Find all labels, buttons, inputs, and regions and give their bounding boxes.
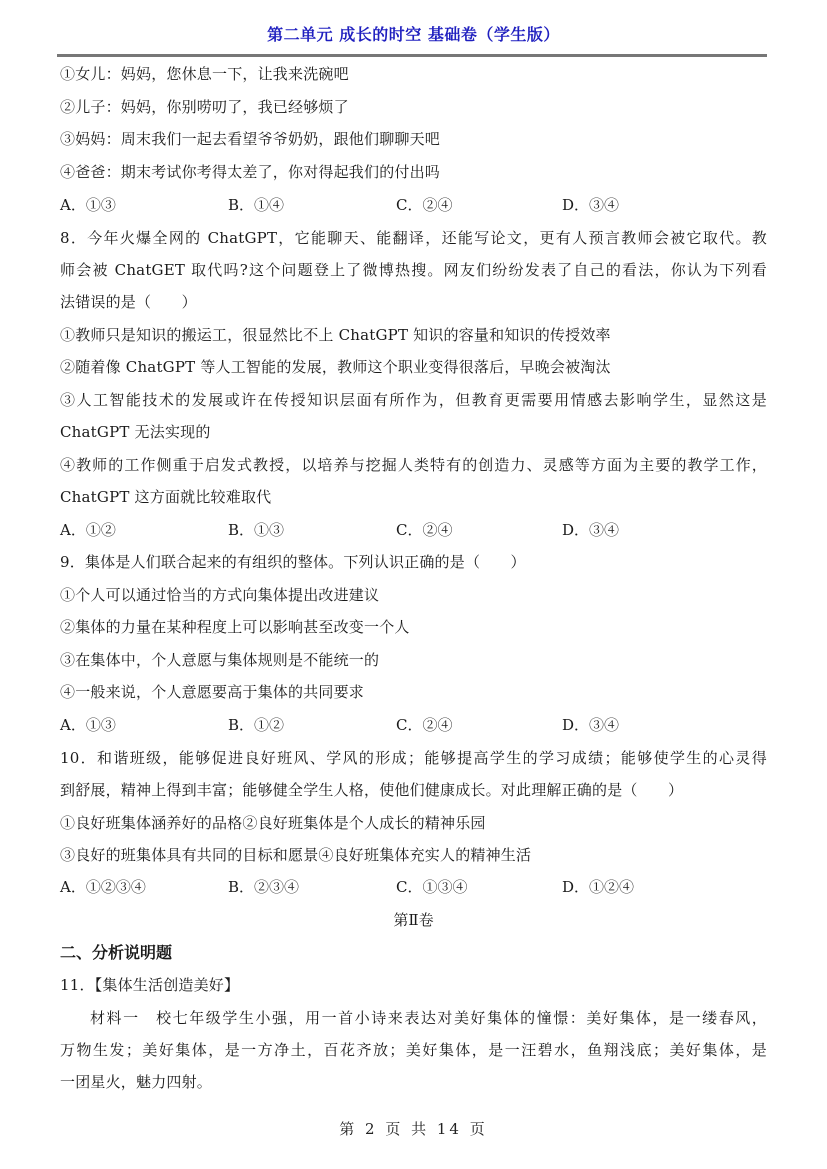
question-stem: 8．今年火爆全网的 ChatGPT，它能聊天、能翻译，还能写论文，更有人预言教师… bbox=[60, 228, 767, 248]
statement: ②儿子：妈妈，你别唠叨了，我已经够烦了 bbox=[60, 97, 349, 117]
question-stem: 法错误的是（ ） bbox=[60, 292, 197, 312]
statement: ①个人可以通过恰当的方式向集体提出改进建议 bbox=[60, 585, 379, 605]
section-heading: 二、分析说明题 bbox=[60, 943, 172, 963]
header-divider bbox=[57, 54, 767, 57]
statement: ④一般来说，个人意愿要高于集体的共同要求 bbox=[60, 682, 364, 702]
option-d: D．①②④ bbox=[562, 877, 634, 897]
option-a: A．①③ bbox=[60, 715, 116, 735]
statement: ③人工智能技术的发展或许在传授知识层面有所作为，但教育更需要用情感去影响学生，显… bbox=[60, 390, 767, 410]
material-text: 材料一 校七年级学生小强，用一首小诗来表达对美好集体的憧憬：美好集体，是一缕春风… bbox=[60, 1008, 767, 1028]
statement: ①女儿：妈妈，您休息一下，让我来洗碗吧 bbox=[60, 64, 349, 84]
statement: ④爸爸：期末考试你考得太差了，你对得起我们的付出吗 bbox=[60, 162, 440, 182]
option-c: C．②④ bbox=[396, 195, 452, 215]
page-number: 第 2 页 共 14 页 bbox=[0, 1118, 827, 1139]
statement: ②集体的力量在某种程度上可以影响甚至改变一个人 bbox=[60, 617, 410, 637]
volume-label: 第Ⅱ卷 bbox=[0, 910, 827, 930]
option-b: B．①② bbox=[228, 715, 284, 735]
question-stem: 师会被 ChatGET 取代吗?这个问题登上了微博热搜。网友们纷纷发表了自己的看… bbox=[60, 260, 767, 280]
document-title: 第二单元 成长的时空 基础卷（学生版） bbox=[0, 22, 827, 45]
option-b: B．①③ bbox=[228, 520, 284, 540]
question-stem: 9．集体是人们联合起来的有组织的整体。下列认识正确的是（ ） bbox=[60, 552, 526, 572]
statement: ③良好的班集体具有共同的目标和愿景④良好班集体充实人的精神生活 bbox=[60, 845, 531, 865]
option-b: B．①④ bbox=[228, 195, 284, 215]
option-c: C．②④ bbox=[396, 520, 452, 540]
question-stem: 10．和谐班级，能够促进良好班风、学风的形成；能够提高学生的学习成绩；能够使学生… bbox=[60, 748, 767, 768]
option-c: C．②④ bbox=[396, 715, 452, 735]
statement: ChatGPT 无法实现的 bbox=[60, 422, 211, 442]
option-a: A．①② bbox=[60, 520, 116, 540]
option-d: D．③④ bbox=[562, 520, 619, 540]
option-a: A．①②③④ bbox=[60, 877, 146, 897]
option-b: B．②③④ bbox=[228, 877, 299, 897]
material-text: 一团星火，魅力四射。 bbox=[60, 1072, 212, 1092]
statement: ①良好班集体涵养好的品格②良好班集体是个人成长的精神乐园 bbox=[60, 813, 486, 833]
statement: ④教师的工作侧重于启发式教授，以培养与挖掘人类特有的创造力、灵感等方面为主要的教… bbox=[60, 455, 767, 475]
question-11-title: 11．【集体生活创造美好】 bbox=[60, 975, 239, 995]
statement: ②随着像 ChatGPT 等人工智能的发展，教师这个职业变得很落后，早晚会被淘汰 bbox=[60, 357, 611, 377]
option-d: D．③④ bbox=[562, 195, 619, 215]
question-stem: 到舒展，精神上得到丰富；能够健全学生人格，使他们健康成长。对此理解正确的是（ ） bbox=[60, 780, 683, 800]
statement: ChatGPT 这方面就比较难取代 bbox=[60, 487, 271, 507]
option-a: A．①③ bbox=[60, 195, 116, 215]
statement: ③在集体中，个人意愿与集体规则是不能统一的 bbox=[60, 650, 379, 670]
material-text: 万物生发；美好集体，是一方净土，百花齐放；美好集体，是一汪碧水，鱼翔浅底；美好集… bbox=[60, 1040, 767, 1060]
statement: ①教师只是知识的搬运工，很显然比不上 ChatGPT 知识的容量和知识的传授效率 bbox=[60, 325, 611, 345]
statement: ③妈妈：周末我们一起去看望爷爷奶奶，跟他们聊聊天吧 bbox=[60, 129, 440, 149]
option-d: D．③④ bbox=[562, 715, 619, 735]
option-c: C．①③④ bbox=[396, 877, 467, 897]
